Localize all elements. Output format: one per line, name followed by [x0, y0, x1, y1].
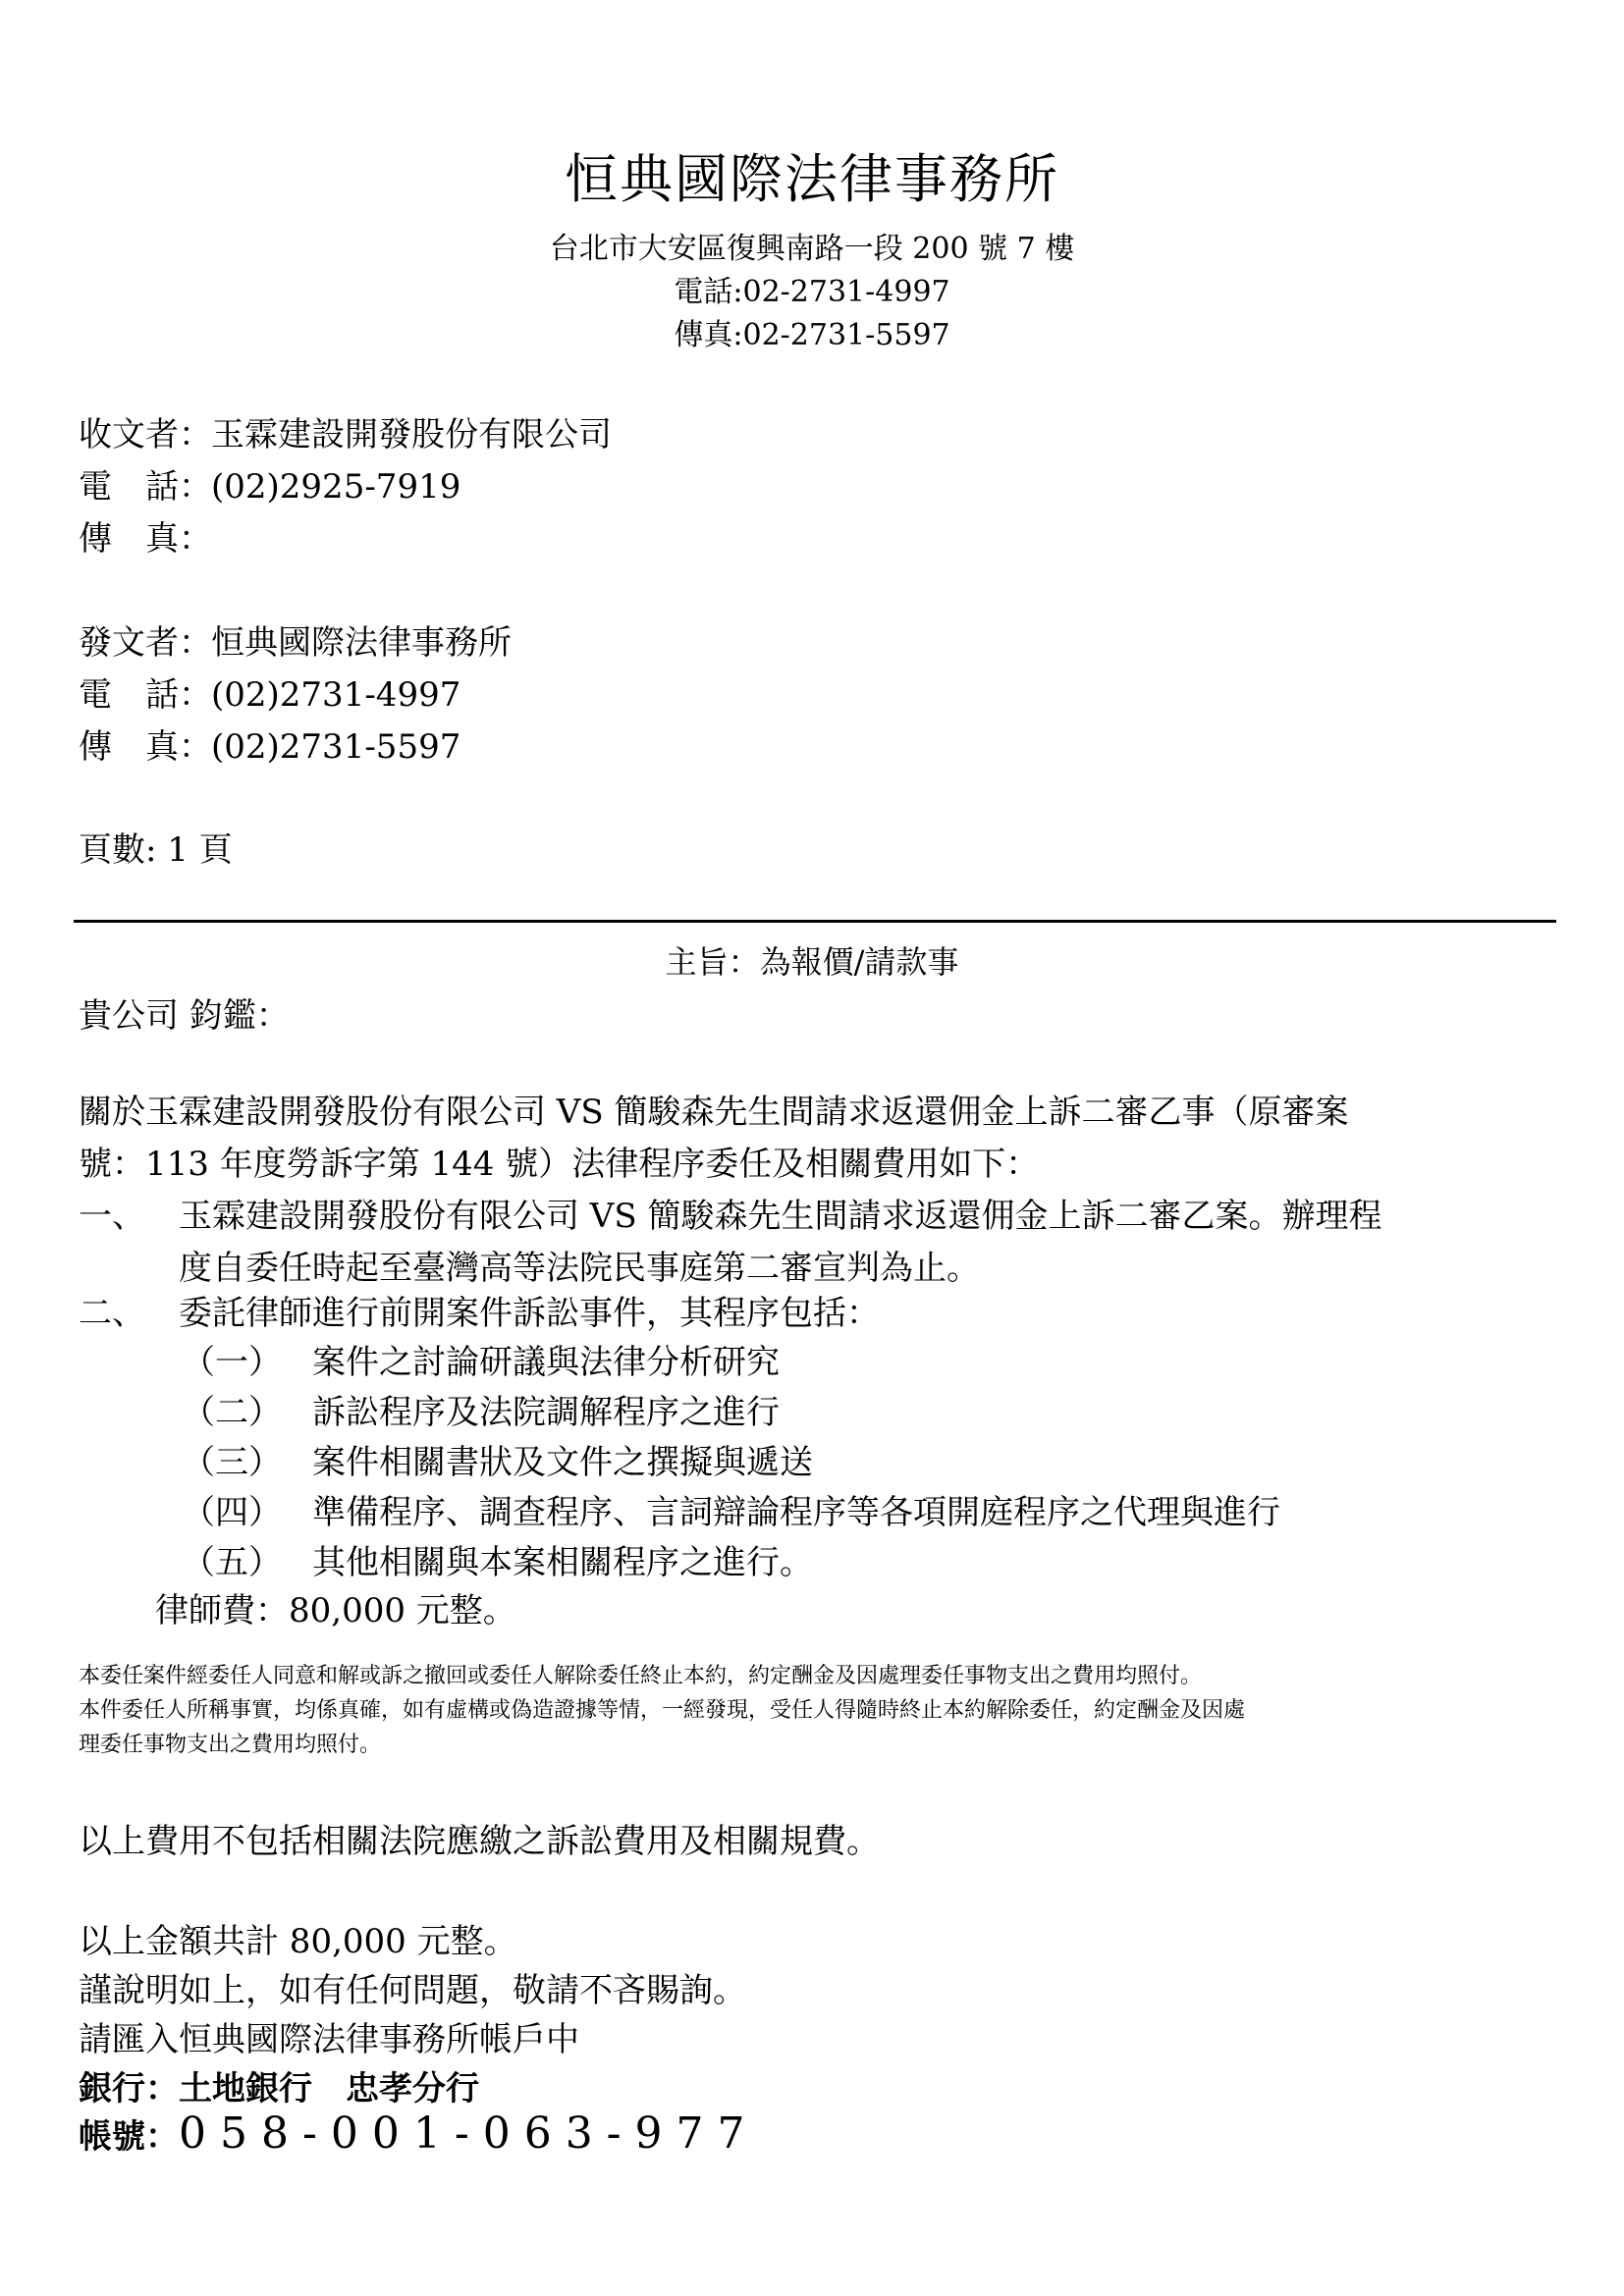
firm-fax: 傳真:02-2731-5597	[0, 310, 1624, 353]
recipient-phone-value: (02)2925-7919	[211, 467, 460, 507]
account-label: 帳號：	[79, 2117, 179, 2157]
subitem-5-marker: （五）	[182, 1535, 282, 1583]
sender-phone-value: (02)2731-4997	[211, 675, 460, 715]
subject: 主旨：為報價/請款事	[0, 937, 1624, 983]
recipient-label: 收文者：	[79, 407, 211, 455]
bank-info: 銀行：土地銀行 忠孝分行	[79, 2061, 479, 2109]
fine-print-line-1: 本委任案件經委任人同意和解或訴之撤回或委任人解除委任終止本約，約定酬金及因處理委…	[79, 1659, 1202, 1689]
item-1-line-2: 度自委任時起至臺灣高等法院民事庭第二審宣判為止。	[179, 1241, 980, 1289]
sender-fax-row: 傳 真：(02)2731-5597	[79, 720, 460, 768]
subitem-4-text: 準備程序、調查程序、言詞辯論程序等各項開庭程序之代理與進行	[312, 1485, 1280, 1533]
subitem-2-marker: （二）	[182, 1385, 282, 1433]
item-1-line-1: 玉霖建設開發股份有限公司 VS 簡駿森先生間請求返還佣金上訴二審乙案。辦理程	[179, 1189, 1381, 1237]
fee-exclusion: 以上費用不包括相關法院應繳之訴訟費用及相關規費。	[79, 1814, 880, 1862]
fine-print-line-3: 理委任事物支出之費用均照付。	[79, 1728, 381, 1758]
sender-value: 恒典國際法律事務所	[211, 623, 512, 663]
item-1-marker: 一、	[79, 1189, 145, 1237]
remit-instruction: 請匯入恒典國際法律事務所帳戶中	[79, 2012, 579, 2060]
sender-row: 發文者：恒典國際法律事務所	[79, 615, 512, 664]
fine-print-line-2: 本件委任人所稱事實，均係真確，如有虛構或偽造證據等情，一經發現，受任人得隨時終止…	[79, 1693, 1245, 1724]
item-2-line-1: 委託律師進行前開案件訴訟事件，其程序包括：	[179, 1286, 880, 1334]
salutation: 貴公司 鈞鑑：	[79, 988, 290, 1037]
sender-phone-label: 電 話：	[79, 667, 211, 716]
sender-fax-label: 傳 真：	[79, 720, 211, 768]
closing-remark: 謹說明如上，如有任何問題，敬請不吝賜詢。	[79, 1963, 746, 2011]
recipient-phone-label: 電 話：	[79, 459, 211, 507]
subitem-5-text: 其他相關與本案相關程序之進行。	[312, 1535, 813, 1583]
lawyer-fee: 律師費：80,000 元整。	[155, 1583, 516, 1631]
firm-title: 恒典國際法律事務所	[0, 137, 1624, 213]
divider	[74, 920, 1556, 923]
total-amount: 以上金額共計 80,000 元整。	[79, 1914, 517, 1962]
subitem-2-text: 訴訟程序及法院調解程序之進行	[312, 1385, 780, 1433]
recipient-phone-row: 電 話：(02)2925-7919	[79, 459, 460, 507]
page-count: 頁數: 1 頁	[79, 823, 233, 871]
subitem-4-marker: （四）	[182, 1485, 282, 1533]
firm-phone: 電話:02-2731-4997	[0, 267, 1624, 310]
subitem-1-marker: （一）	[182, 1335, 282, 1383]
account-row: 帳號：058-001-063-977	[79, 2109, 759, 2159]
firm-address: 台北市大安區復興南路一段 200 號 7 樓	[0, 224, 1624, 267]
intro-line-2: 號：113 年度勞訴字第 144 號）法律程序委任及相關費用如下：	[79, 1137, 1039, 1185]
subitem-3-marker: （三）	[182, 1435, 282, 1483]
recipient-row: 收文者：玉霖建設開發股份有限公司	[79, 407, 612, 455]
sender-label: 發文者：	[79, 615, 211, 664]
item-2-marker: 二、	[79, 1286, 145, 1334]
sender-phone-row: 電 話：(02)2731-4997	[79, 667, 460, 716]
account-number: 058-001-063-977	[179, 2109, 759, 2159]
recipient-value: 玉霖建設開發股份有限公司	[211, 415, 612, 454]
intro-line-1: 關於玉霖建設開發股份有限公司 VS 簡駿森先生間請求返還佣金上訴二審乙事（原審案	[79, 1085, 1348, 1133]
subitem-1-text: 案件之討論研議與法律分析研究	[312, 1335, 780, 1383]
recipient-fax-label: 傳 真：	[79, 511, 211, 560]
subitem-3-text: 案件相關書狀及文件之撰擬與遞送	[312, 1435, 813, 1483]
sender-fax-value: (02)2731-5597	[211, 727, 460, 767]
recipient-fax-row: 傳 真：	[79, 511, 211, 560]
